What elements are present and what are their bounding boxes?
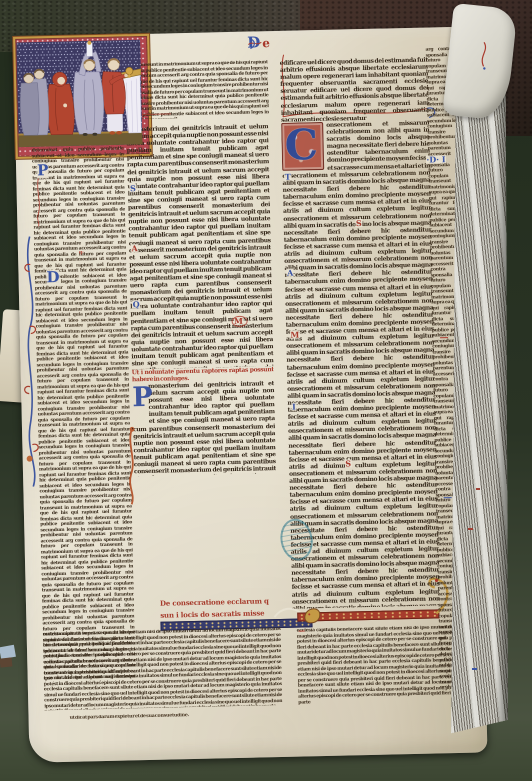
explicit-line: ut dicat pars darum expletur et de sua c…: [70, 711, 275, 724]
candle: [86, 43, 92, 57]
gloss-p-filigree-icon: [35, 178, 44, 226]
left-gloss-column: arg contra quia sponsalia de futuro per …: [31, 124, 136, 682]
dragon-flourish-icon: [126, 426, 140, 506]
table-edge-sliver-dark: [0, 657, 12, 667]
manuscript-page: D e arg contra quia sponsalia de futuro …: [13, 27, 487, 763]
fanned-red-initial-speck2: [476, 488, 480, 490]
right-column-text-top: edificare uel dicere quod domus dei esti…: [280, 57, 429, 122]
marginal-note: q-: [79, 250, 91, 257]
lombard-a: A: [131, 244, 138, 252]
lombard-s3: S: [345, 459, 352, 467]
gloss-initial-p: P: [37, 163, 49, 178]
lombard-s: S: [129, 184, 136, 192]
lombard-t: T: [284, 173, 291, 181]
fanned-page-edges: [450, 68, 508, 740]
left-column-text-placuit: Pmonasterium dei genitricis intrauit et …: [132, 380, 276, 476]
bottom-red-tick: [299, 630, 305, 631]
right-column-initial-row: Consecrationem et missarum celebrationem…: [281, 120, 430, 173]
manuscript-photo: { "palette":{"parchment":"#e9e3d2","ink"…: [0, 0, 532, 781]
gloss-initial-d: D: [46, 270, 59, 285]
drop-initial-p: P: [132, 383, 147, 425]
title-curl-icon: [247, 37, 257, 49]
bottom-gloss-left: ecclesia capitulis benefacere sunt silut…: [43, 627, 283, 710]
lombard-q: Q: [132, 300, 140, 308]
curl-flourish-icon: [477, 42, 492, 71]
drop-initial-c: C: [281, 122, 324, 171]
distinction-label: ·D· I: [426, 155, 446, 163]
lombard-i: I: [291, 403, 296, 411]
running-title-letter-e: e: [262, 37, 270, 49]
chalice: [126, 67, 134, 75]
fanned-blue-initial-speck: [472, 668, 477, 670]
miniature-mass-scene: [13, 34, 152, 159]
page-curl-corner: [442, 3, 517, 121]
fanned-pages: [446, 6, 514, 746]
lombard-a2: A: [286, 269, 293, 277]
miniature-illustration: [16, 37, 142, 150]
fanned-red-initial-speck: [468, 528, 473, 530]
left-column-text: monasterium dei genitricis intrauit et u…: [126, 123, 273, 369]
running-title: D e: [247, 35, 270, 51]
cleric-pair: [19, 69, 49, 136]
lombard-s2: S: [355, 219, 362, 227]
lombard-m2: M: [290, 330, 300, 338]
